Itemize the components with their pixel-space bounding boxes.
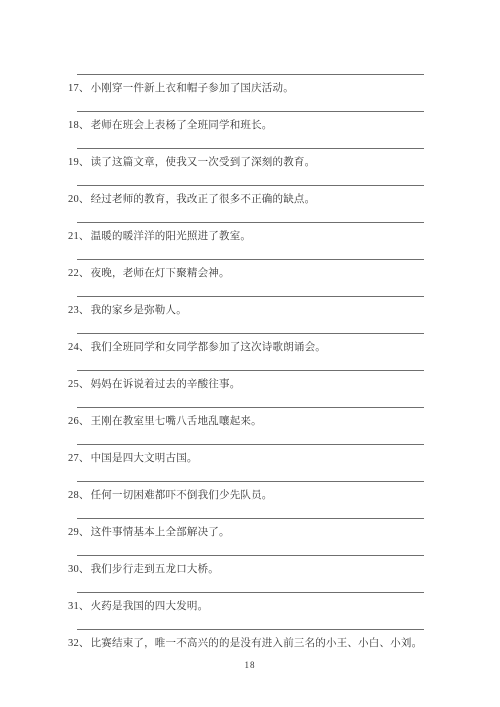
sentence-item: 19、读了这篇文章，使我又一次受到了深刻的教育。 [0, 148, 500, 185]
sentence-item: 31、火药是我国的四大发明。 [0, 592, 500, 629]
sentence-content: 小刚穿一件新上衣和帽子参加了国庆活动。 [91, 83, 294, 94]
sentence-text: 31、火药是我国的四大发明。 [68, 593, 500, 613]
sentence-number: 23、 [68, 305, 90, 316]
page-number: 18 [245, 660, 256, 670]
sentence-number: 27、 [68, 453, 90, 464]
sentence-text: 27、中国是四大文明古国。 [68, 445, 500, 465]
sentence-item: 28、任何一切困难都吓不倒我们少先队员。 [0, 481, 500, 518]
sentence-item: 27、中国是四大文明古国。 [0, 444, 500, 481]
sentence-number: 25、 [68, 379, 90, 390]
sentence-text: 30、我们步行走到五龙口大桥。 [68, 556, 500, 576]
sentence-number: 26、 [68, 416, 90, 427]
sentence-item: 30、我们步行走到五龙口大桥。 [0, 555, 500, 592]
sentence-text: 17、小刚穿一件新上衣和帽子参加了国庆活动。 [68, 75, 500, 95]
sentence-number: 28、 [68, 490, 90, 501]
sentence-text: 23、我的家乡是弥勒人。 [68, 297, 500, 317]
sentence-item: 21、温暖的暖洋洋的阳光照进了教室。 [0, 222, 500, 259]
sentence-content: 经过老师的教育，我改正了很多不正确的缺点。 [91, 194, 316, 205]
sentence-number: 20、 [68, 194, 90, 205]
sentence-text: 28、任何一切困难都吓不倒我们少先队员。 [68, 482, 500, 502]
sentence-content: 任何一切困难都吓不倒我们少先队员。 [91, 490, 273, 501]
sentence-content: 火药是我国的四大发明。 [91, 601, 209, 612]
sentence-text: 19、读了这篇文章，使我又一次受到了深刻的教育。 [68, 149, 500, 169]
sentence-content: 中国是四大文明古国。 [91, 453, 198, 464]
sentence-text: 25、妈妈在诉说着过去的辛酸往事。 [68, 371, 500, 391]
sentence-text: 32、比赛结束了，唯一不高兴的的是没有进入前三名的小王、小白、小刘。 [68, 630, 500, 650]
sentence-number: 17、 [68, 83, 90, 94]
sentence-number: 31、 [68, 601, 90, 612]
sentence-text: 18、老师在班会上表杨了全班同学和班长。 [68, 112, 500, 132]
sentence-number: 30、 [68, 564, 90, 575]
sentence-number: 18、 [68, 120, 90, 131]
sentence-content: 王刚在教室里七嘴八舌地乱嚷起来。 [91, 416, 262, 427]
sentence-text: 20、经过老师的教育，我改正了很多不正确的缺点。 [68, 186, 500, 206]
sentence-content: 温暖的暖洋洋的阳光照进了教室。 [91, 231, 252, 242]
sentence-content: 我的家乡是弥勒人。 [91, 305, 187, 316]
sentence-text: 29、这件事情基本上全部解决了。 [68, 519, 500, 539]
page-footer: 18 [0, 655, 500, 673]
sentence-item: 24、我们全班同学和女同学都参加了这次诗歌朗诵会。 [0, 333, 500, 370]
sentence-number: 24、 [68, 342, 90, 353]
document-page: 17、小刚穿一件新上衣和帽子参加了国庆活动。 18、老师在班会上表杨了全班同学和… [0, 0, 500, 707]
sentence-item: 17、小刚穿一件新上衣和帽子参加了国庆活动。 [0, 74, 500, 111]
sentence-text: 24、我们全班同学和女同学都参加了这次诗歌朗诵会。 [68, 334, 500, 354]
sentence-content: 读了这篇文章，使我又一次受到了深刻的教育。 [91, 157, 316, 168]
sentence-content: 夜晚，老师在灯下聚精会神。 [91, 268, 230, 279]
sentence-number: 19、 [68, 157, 90, 168]
sentence-number: 22、 [68, 268, 90, 279]
sentence-item: 18、老师在班会上表杨了全班同学和班长。 [0, 111, 500, 148]
sentence-content: 我们全班同学和女同学都参加了这次诗歌朗诵会。 [91, 342, 326, 353]
sentence-content: 我们步行走到五龙口大桥。 [91, 564, 219, 575]
sentence-text: 21、温暖的暖洋洋的阳光照进了教室。 [68, 223, 500, 243]
sentence-item: 29、这件事情基本上全部解决了。 [0, 518, 500, 555]
sentence-number: 29、 [68, 527, 90, 538]
sentence-list: 17、小刚穿一件新上衣和帽子参加了国庆活动。 18、老师在班会上表杨了全班同学和… [0, 74, 500, 666]
sentence-content: 妈妈在诉说着过去的辛酸往事。 [91, 379, 241, 390]
sentence-content: 比赛结束了，唯一不高兴的的是没有进入前三名的小王、小白、小刘。 [91, 638, 423, 649]
sentence-item: 22、夜晚，老师在灯下聚精会神。 [0, 259, 500, 296]
sentence-content: 老师在班会上表杨了全班同学和班长。 [91, 120, 273, 131]
sentence-text: 22、夜晚，老师在灯下聚精会神。 [68, 260, 500, 280]
sentence-content: 这件事情基本上全部解决了。 [91, 527, 230, 538]
sentence-item: 23、我的家乡是弥勒人。 [0, 296, 500, 333]
sentence-number: 32、 [68, 638, 90, 649]
sentence-text: 26、王刚在教室里七嘴八舌地乱嚷起来。 [68, 408, 500, 428]
sentence-item: 26、王刚在教室里七嘴八舌地乱嚷起来。 [0, 407, 500, 444]
sentence-item: 25、妈妈在诉说着过去的辛酸往事。 [0, 370, 500, 407]
sentence-item: 20、经过老师的教育，我改正了很多不正确的缺点。 [0, 185, 500, 222]
sentence-number: 21、 [68, 231, 90, 242]
